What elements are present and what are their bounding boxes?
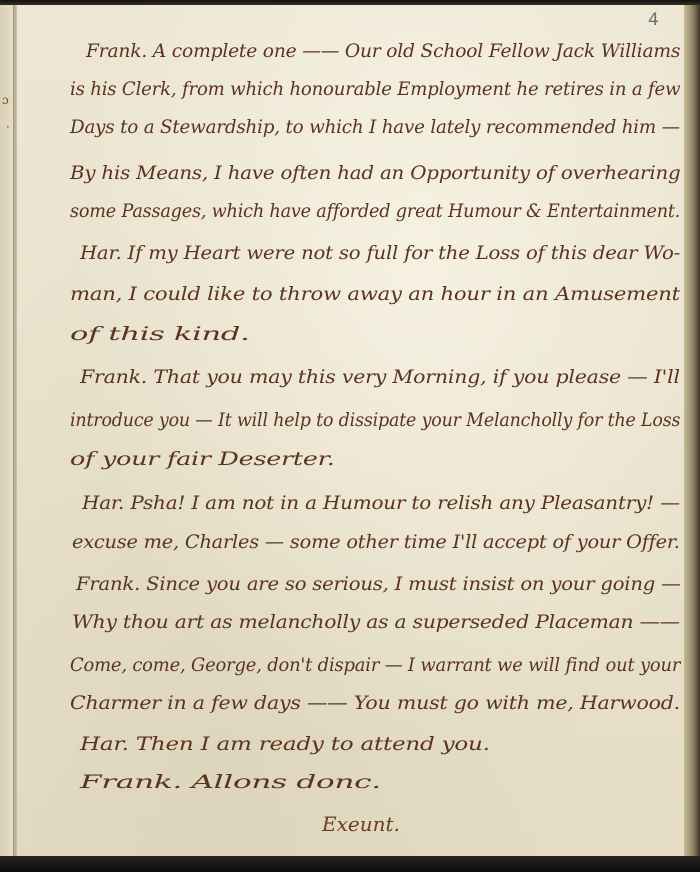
- manuscript-line: Charmer in a few days —— You must go wit…: [70, 692, 680, 714]
- manuscript-line: Come, come, George, don't dispair — I wa…: [70, 654, 680, 676]
- manuscript-line: introduce you — It will help to dissipat…: [70, 409, 680, 431]
- manuscript-line: of your fair Deserter.: [70, 448, 335, 470]
- manuscript-line: Frank. Allons donc.: [80, 771, 381, 793]
- manuscript-page: ɔ · 4 Frank. A complete one —— Our old S…: [0, 0, 700, 872]
- manuscript-line: Har. Psha! I am not in a Humour to relis…: [82, 492, 680, 514]
- manuscript-line: Days to a Stewardship, to which I have l…: [70, 116, 680, 138]
- manuscript-line: is his Clerk, from which honourable Empl…: [70, 78, 680, 100]
- manuscript-text: Frank. A complete one —— Our old School …: [0, 0, 700, 872]
- manuscript-line: Frank. Since you are so serious, I must …: [76, 573, 680, 595]
- page-bottom-edge: [0, 856, 700, 872]
- manuscript-line: Frank. A complete one —— Our old School …: [86, 40, 680, 62]
- manuscript-line: Frank. That you may this very Morning, i…: [80, 366, 680, 388]
- manuscript-line: of this kind.: [70, 323, 249, 345]
- manuscript-line: Har. Then I am ready to attend you.: [80, 733, 490, 755]
- manuscript-line: excuse me, Charles — some other time I'l…: [72, 531, 680, 553]
- stage-direction: Exeunt.: [322, 812, 400, 836]
- manuscript-line: man, I could like to throw away an hour …: [70, 283, 680, 305]
- manuscript-line: Why thou art as melancholly as a superse…: [72, 611, 680, 633]
- manuscript-line: By his Means, I have often had an Opport…: [70, 162, 680, 184]
- manuscript-line: some Passages, which have afforded great…: [70, 200, 680, 222]
- manuscript-line: Har. If my Heart were not so full for th…: [80, 242, 680, 264]
